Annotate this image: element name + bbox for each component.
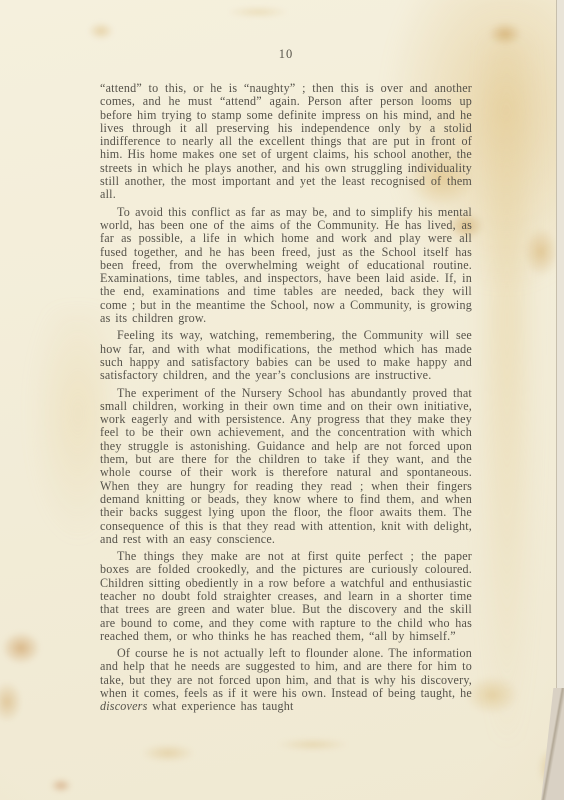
foxing-spot	[0, 682, 22, 722]
foxing-spot	[50, 778, 72, 793]
paragraph-text: Of course he is not actually left to flo…	[100, 646, 472, 700]
book-page: 10 “attend” to this, or he is “naughty” …	[0, 0, 564, 800]
paragraph-text: what experience has taught	[147, 699, 293, 713]
paragraph: The experiment of the Nursery School has…	[100, 387, 472, 547]
foxing-stain-right-band	[478, 40, 536, 740]
paragraph: “attend” to this, or he is “naughty” ; t…	[100, 82, 472, 202]
paragraph: To avoid this conflict as far as may be,…	[100, 206, 472, 326]
foxing-spot	[488, 22, 522, 46]
foxing-spot	[524, 228, 558, 276]
foxing-spot	[466, 676, 518, 714]
foxing-spot	[278, 738, 348, 751]
foxing-stain-left-middle	[30, 310, 110, 540]
foxing-spot	[228, 6, 288, 18]
page-corner-deckle-edge	[536, 688, 564, 800]
paragraph: Of course he is not actually left to flo…	[100, 647, 472, 713]
foxing-spot	[88, 22, 114, 40]
foxing-spot	[2, 632, 40, 664]
paragraph: The things they make are not at first qu…	[100, 550, 472, 643]
page-right-edge	[556, 0, 564, 800]
text-block: “attend” to this, or he is “naughty” ; t…	[100, 82, 472, 718]
foxing-spot	[142, 744, 194, 762]
page-number: 10	[100, 47, 472, 62]
italic-word: discovers	[100, 699, 147, 713]
paragraph: Feeling its way, watching, remembering, …	[100, 329, 472, 382]
